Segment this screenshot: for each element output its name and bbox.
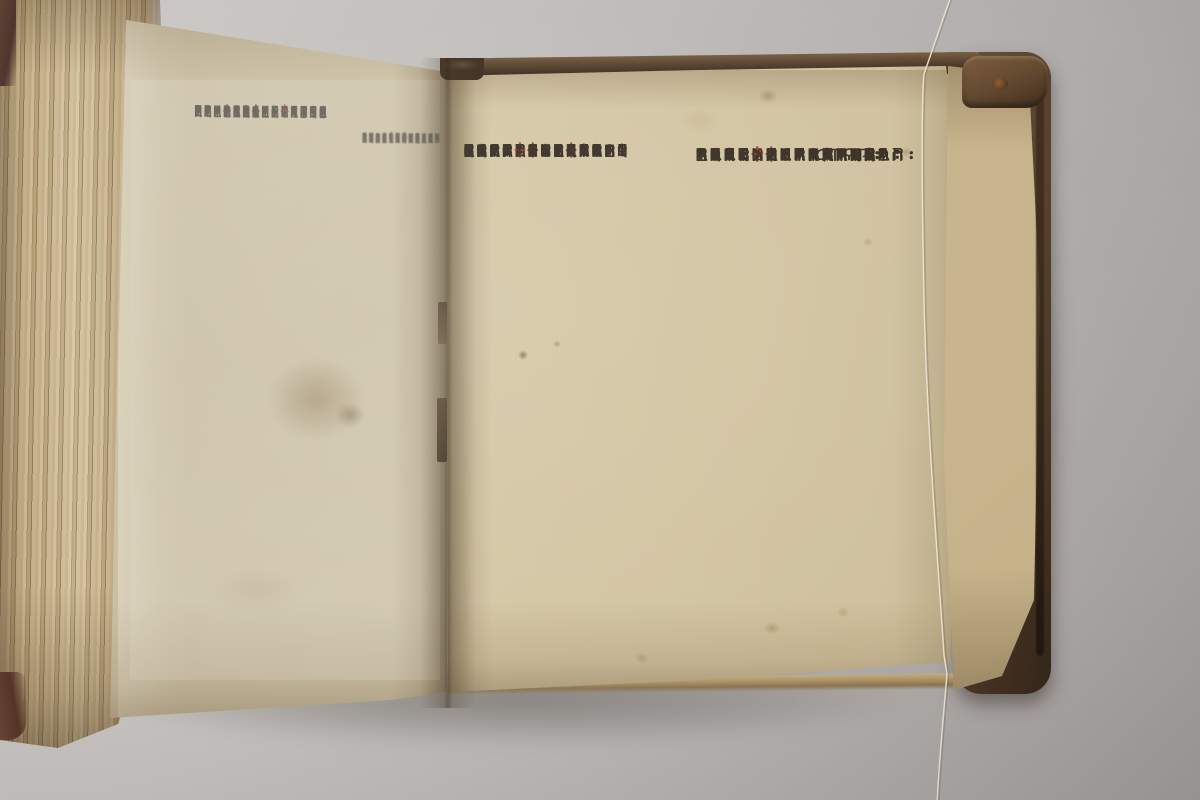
- cover-edge-line: [1036, 96, 1044, 656]
- right-page-edges-stack: [944, 60, 1044, 694]
- left-cover-sliver-top: [0, 0, 16, 86]
- left-page-sheen: [130, 80, 440, 680]
- left-cover-sliver-bottom: [0, 672, 26, 740]
- leather-corner-knob: [962, 56, 1048, 108]
- text-line: [694, 146, 892, 164]
- text-line: [193, 103, 330, 121]
- text-line: [361, 131, 436, 146]
- right-page-top-shade: [446, 70, 958, 116]
- gutter-dark-mark: [437, 398, 447, 462]
- manuscript-photo: [0, 0, 1200, 800]
- gutter-dark-mark: [438, 302, 447, 344]
- spine-peek-top: [440, 58, 484, 80]
- text-line: [462, 142, 618, 160]
